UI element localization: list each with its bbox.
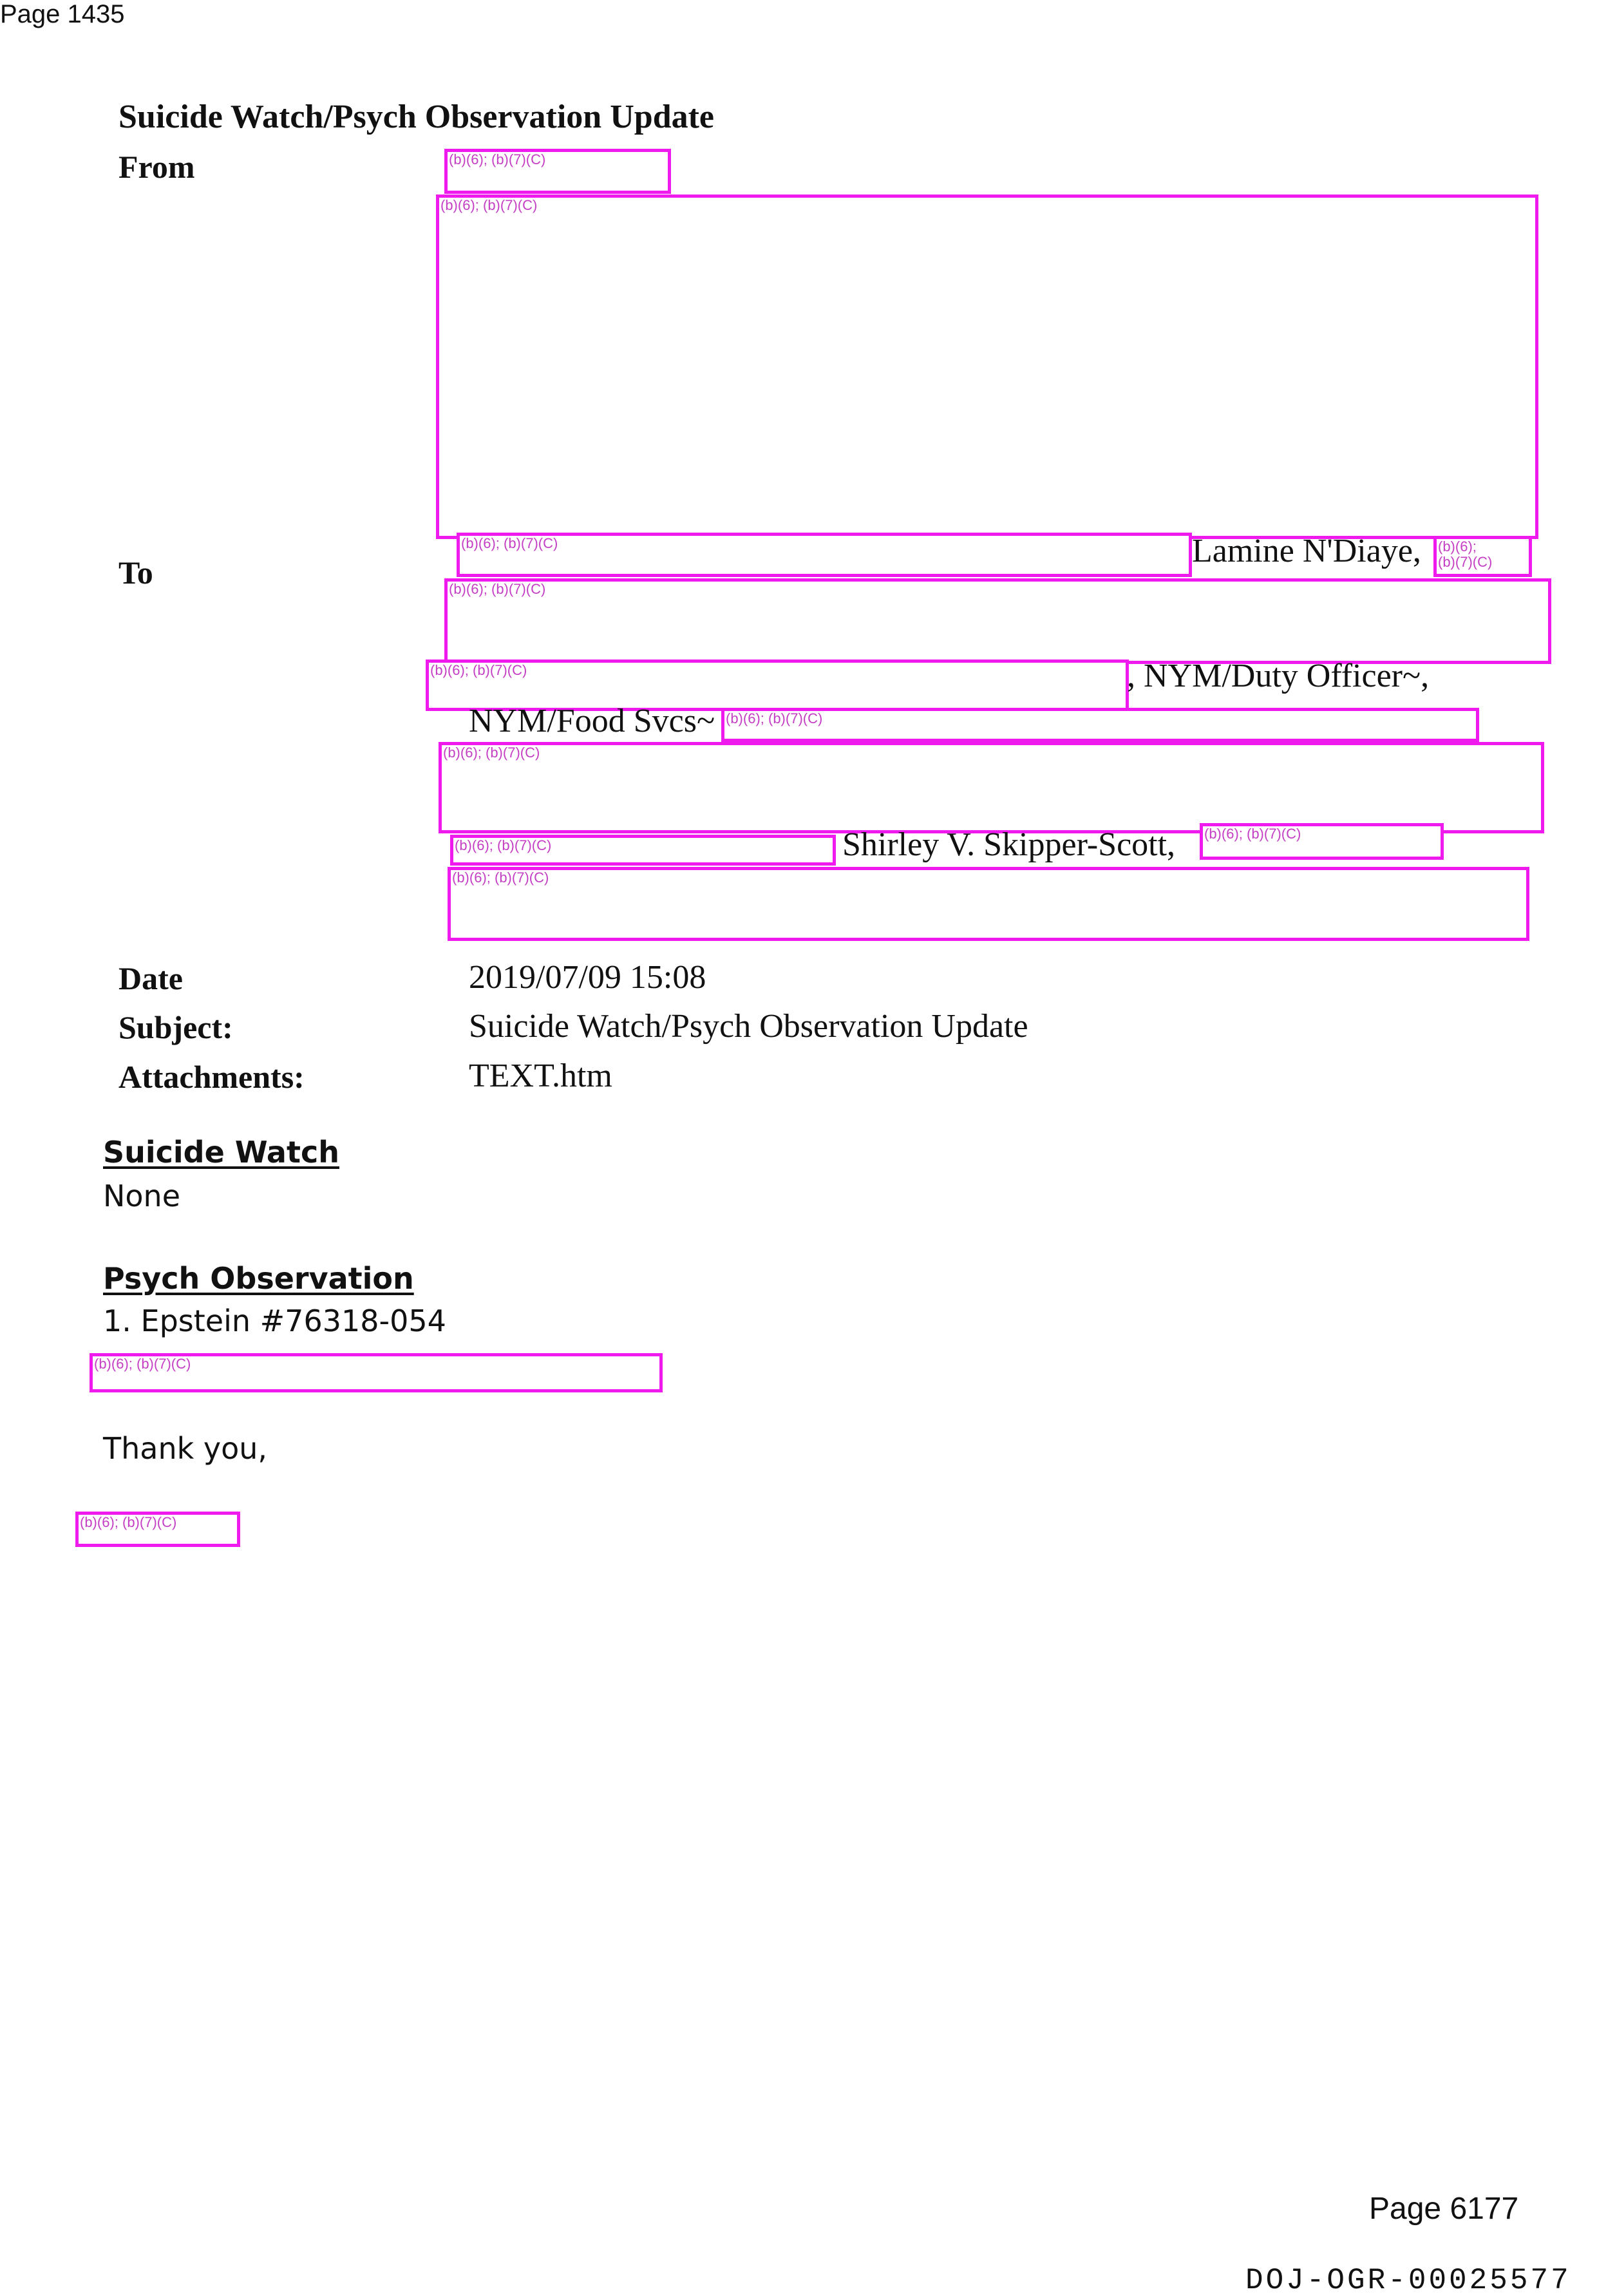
signature-redaction-box: (b)(6); (b)(7)(C) — [75, 1512, 240, 1547]
redaction-box: (b)(6);(b)(7)(C) — [1433, 536, 1532, 577]
subject-label: Subject: — [118, 1009, 233, 1046]
redaction-box: (b)(6); (b)(7)(C) — [444, 149, 671, 194]
recipient-lamine-ndiaye: Lamine N'Diaye, — [1192, 532, 1421, 570]
suicide-watch-heading: Suicide Watch — [103, 1135, 339, 1170]
redaction-code: (b)(6); (b)(7)(C) — [726, 711, 822, 726]
psych-observation-heading: Psych Observation — [103, 1261, 414, 1296]
attachment-link[interactable]: TEXT.htm — [469, 1057, 612, 1095]
redaction-box: (b)(6); (b)(7)(C) — [444, 578, 1551, 664]
redaction-code: (b)(6); (b)(7)(C) — [449, 152, 545, 167]
redaction-code: (b)(6); (b)(7)(C) — [443, 745, 540, 761]
redaction-box: (b)(6); (b)(7)(C) — [448, 867, 1529, 941]
redaction-code: (b)(6); (b)(7)(C) — [452, 870, 549, 886]
redaction-box: (b)(6); (b)(7)(C) — [457, 533, 1192, 577]
redaction-code: (b)(6); (b)(7)(C) — [1204, 826, 1301, 842]
from-label: From — [118, 148, 194, 185]
page-number-top: Page 1435 — [0, 0, 125, 29]
suicide-watch-value: None — [103, 1179, 180, 1213]
redaction-code: (b)(6); (b)(7)(C) — [94, 1356, 191, 1372]
email-title: Suicide Watch/Psych Observation Update — [118, 98, 714, 136]
psych-observation-item: 1. Epstein #76318-054 — [103, 1304, 446, 1338]
page-number-bottom: Page 6177 — [1369, 2191, 1518, 2226]
closing-text: Thank you, — [103, 1431, 267, 1466]
redaction-code: (b)(6); (b)(7)(C) — [80, 1515, 176, 1530]
date-label: Date — [118, 960, 183, 997]
recipient-duty-officer: , NYM/Duty Officer~, — [1127, 657, 1429, 695]
redaction-box: (b)(6); (b)(7)(C) — [90, 1353, 663, 1392]
redaction-code: (b)(6); (b)(7)(C) — [430, 663, 527, 678]
redaction-box: (b)(6); (b)(7)(C) — [1200, 823, 1444, 860]
subject-value: Suicide Watch/Psych Observation Update — [469, 1007, 1028, 1045]
redaction-code: (b)(6); (b)(7)(C) — [449, 582, 545, 597]
redaction-box: (b)(6); (b)(7)(C) — [436, 194, 1538, 539]
redaction-code: (b)(6); (b)(7)(C) — [440, 198, 537, 213]
recipient-food-svcs: NYM/Food Svcs~ — [469, 702, 715, 740]
redaction-code: (b)(6); (b)(7)(C) — [455, 838, 551, 853]
attachments-label: Attachments: — [118, 1058, 305, 1096]
date-value: 2019/07/09 15:08 — [469, 958, 706, 996]
bates-number: DOJ-OGR-00025577 — [1245, 2264, 1571, 2296]
redaction-box: (b)(6); (b)(7)(C) — [450, 835, 836, 866]
redaction-box: (b)(6); (b)(7)(C) — [439, 742, 1544, 833]
recipient-shirley-skipper-scott: Shirley V. Skipper-Scott, — [842, 826, 1175, 864]
redaction-code: (b)(6);(b)(7)(C) — [1438, 539, 1492, 570]
redaction-code: (b)(6); (b)(7)(C) — [461, 536, 558, 551]
to-label: To — [118, 554, 153, 591]
redaction-box: (b)(6); (b)(7)(C) — [721, 708, 1479, 742]
